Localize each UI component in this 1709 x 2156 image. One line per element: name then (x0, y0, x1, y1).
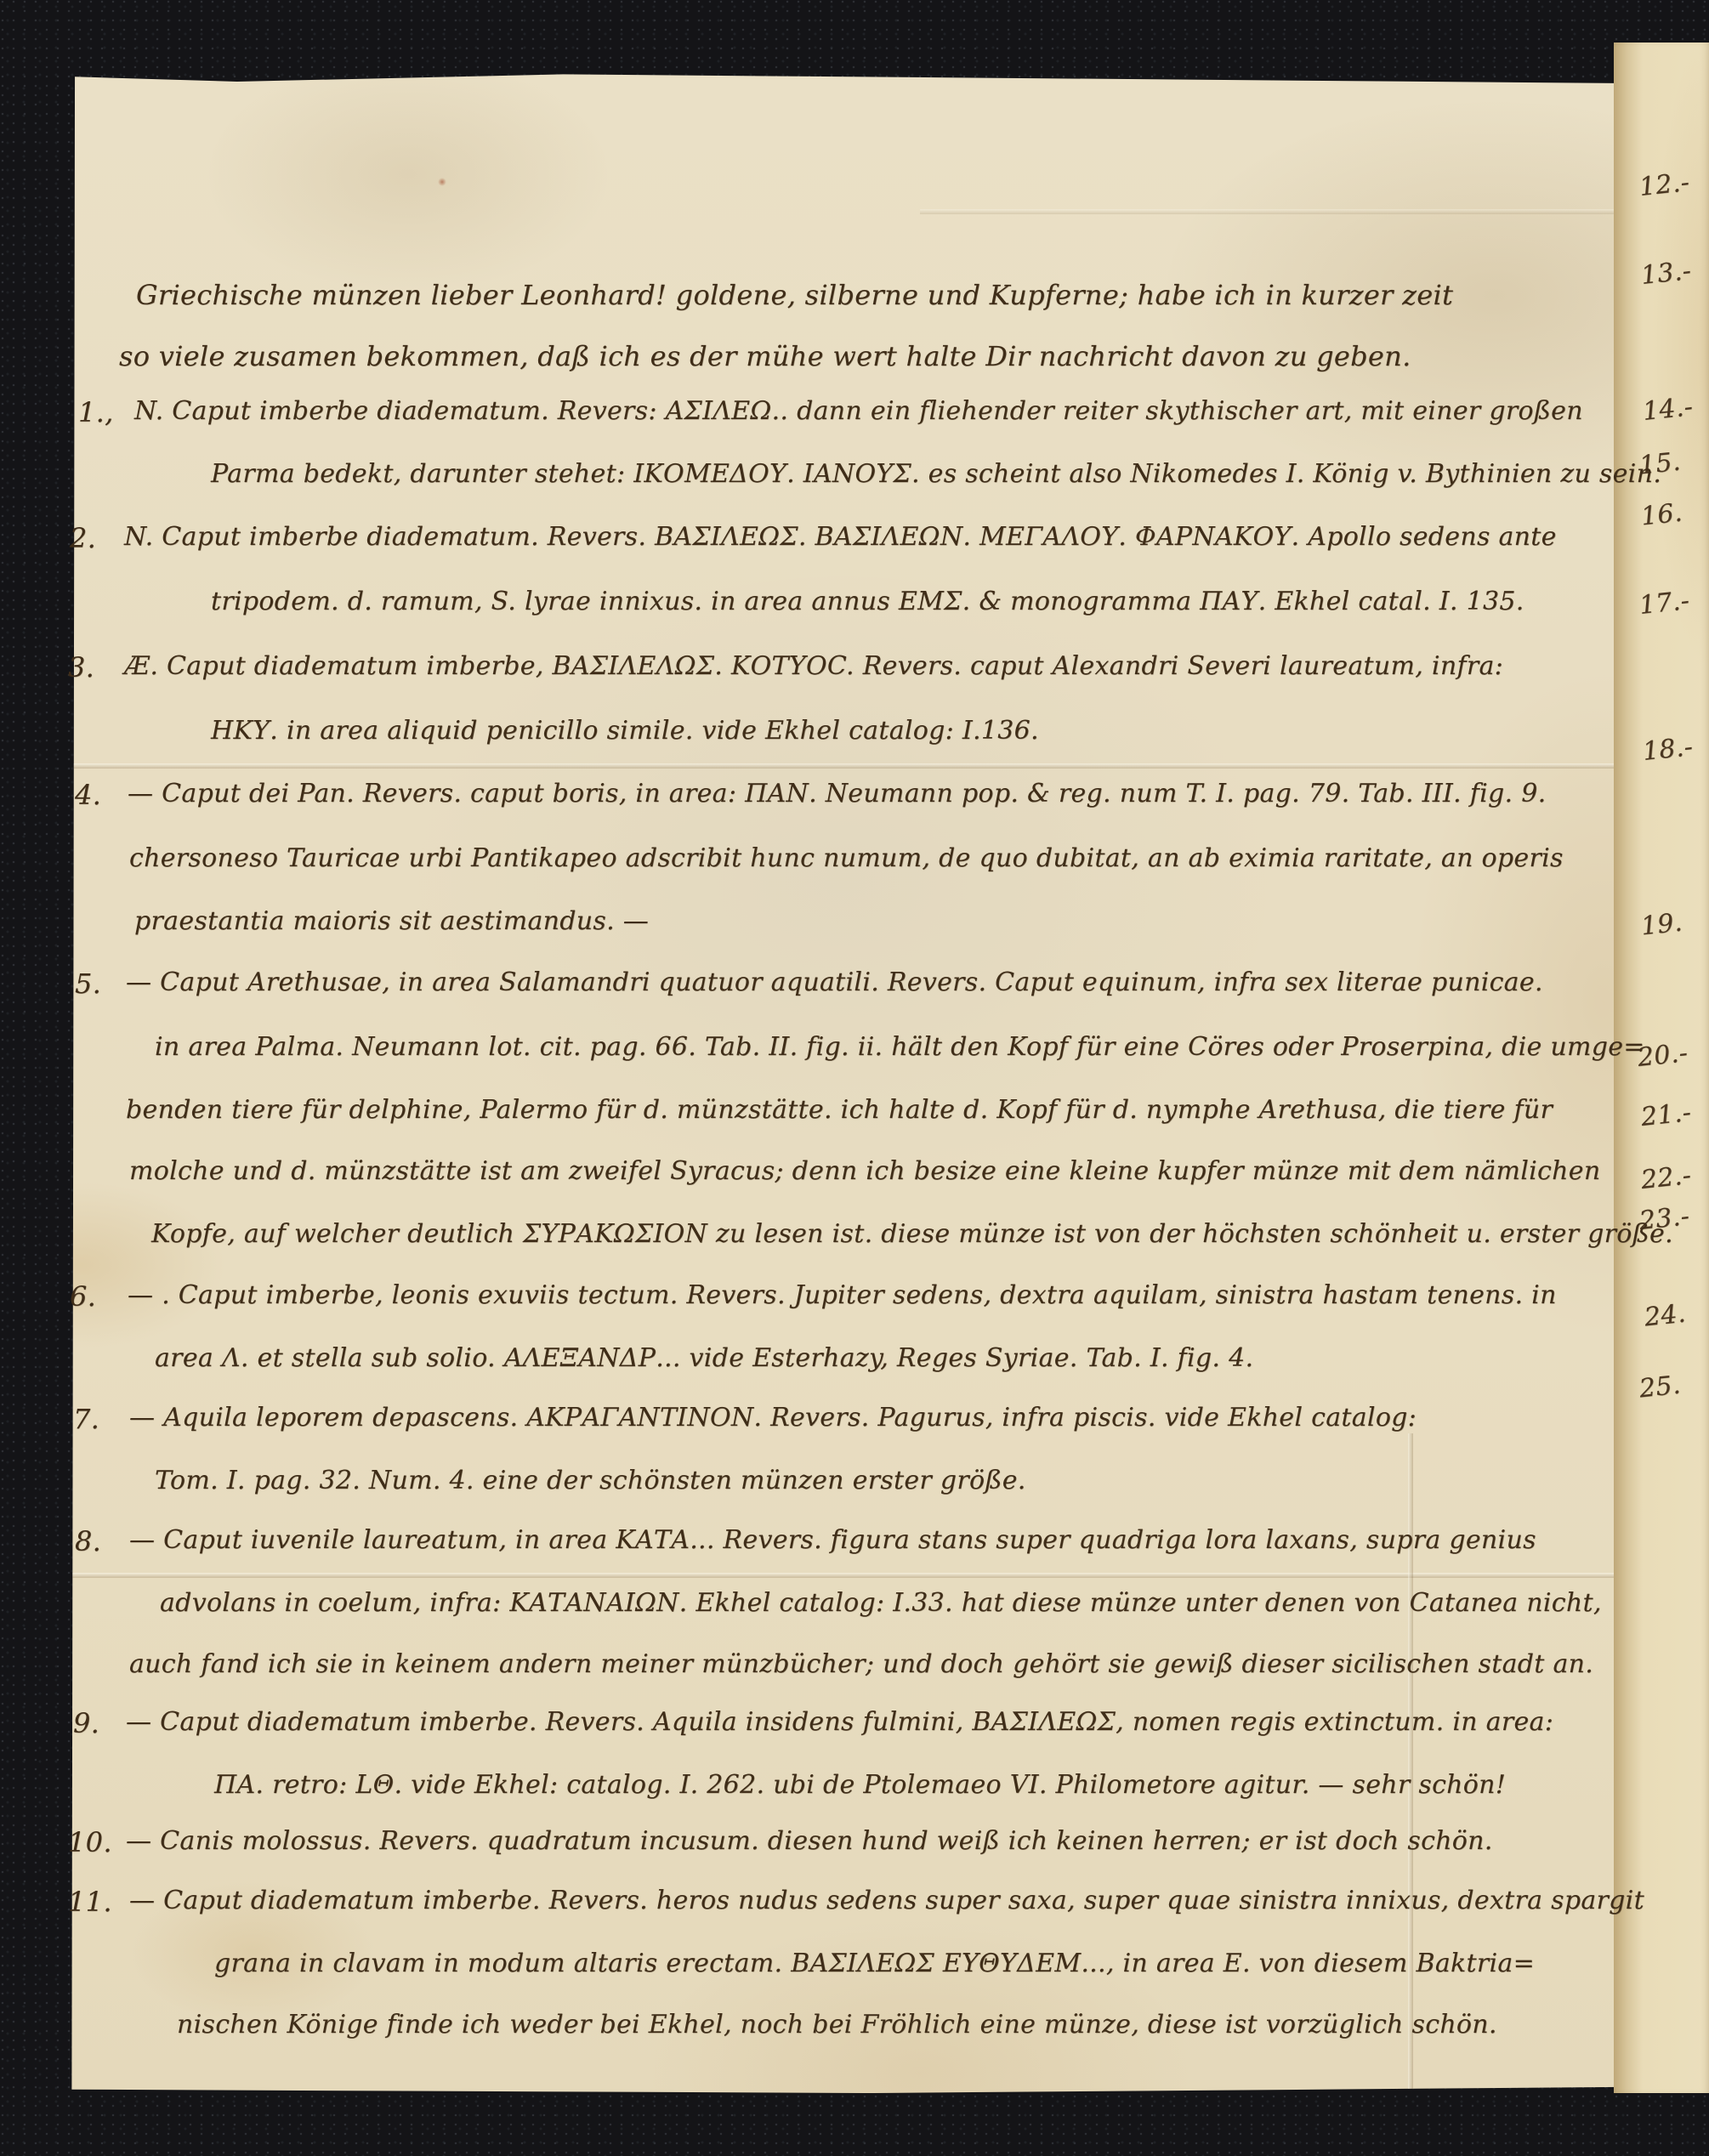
margin-item-number: 24. (1643, 1299, 1687, 1333)
margin-item-number: 19. (1639, 908, 1683, 942)
fold-crease (920, 209, 1619, 214)
item-line: area Λ. et stella sub solio. ΑΛΕΞΑΝΔΡ...… (155, 1343, 1253, 1373)
item-line: Parma bedekt, darunter stehet: ΙΚΟΜΕΔΟΥ.… (211, 459, 1661, 489)
item-line: ΠΑ. retro: LΘ. vide Ekhel: catalog. I. 2… (214, 1770, 1506, 1800)
margin-item-number: 22.- (1639, 1160, 1692, 1195)
item-line: Tom. I. pag. 32. Num. 4. eine der schöns… (155, 1466, 1026, 1495)
item-line: N. Caput imberbe diadematum. Revers. ΒΑΣ… (124, 522, 1557, 552)
margin-item-number: 17.- (1638, 586, 1690, 621)
margin-item-number: 25. (1638, 1370, 1682, 1404)
item-number: 2. (70, 522, 96, 554)
item-line: — Caput dei Pan. Revers. caput boris, in… (128, 779, 1546, 808)
item-line: — Caput diadematum imberbe. Revers. Aqui… (126, 1707, 1553, 1737)
item-line: — Caput diadematum imberbe. Revers. hero… (129, 1886, 1644, 1915)
item-number: 8. (75, 1525, 101, 1557)
item-number: 10. (68, 1826, 112, 1858)
scan-background: 12.- 13.- 14.- 15. 16. 17.- 18.- 19. 20.… (0, 0, 1709, 2156)
item-number: 4. (75, 779, 101, 811)
item-line: auch fand ich sie in keinem andern meine… (129, 1649, 1593, 1679)
item-line: Æ. Caput diadematum imberbe, ΒΑΣΙΛΕΛΩΣ. … (124, 651, 1503, 681)
margin-item-number: 12.- (1638, 167, 1690, 202)
margin-item-number: 16. (1639, 498, 1683, 532)
item-number: 7. (73, 1403, 99, 1435)
item-line: — . Caput imberbe, leonis exuviis tectum… (128, 1280, 1557, 1310)
item-line: chersoneso Tauricae urbi Pantikapeo adsc… (129, 843, 1564, 873)
fold-crease (66, 763, 1619, 769)
margin-item-number: 21.- (1639, 1098, 1692, 1132)
item-line: benden tiere für delphine, Palermo für d… (126, 1095, 1553, 1125)
margin-item-number: 18.- (1641, 732, 1694, 767)
item-line: grana in clavam in modum altaris erectam… (214, 1949, 1535, 1978)
item-line: — Canis molossus. Revers. quadratum incu… (126, 1826, 1493, 1856)
item-number: 6. (70, 1280, 96, 1313)
item-number: 1., (78, 396, 114, 428)
item-line: molche und d. münzstätte ist am zweifel … (129, 1156, 1600, 1186)
item-number: 5. (75, 967, 101, 1000)
item-line: praestantia maioris sit aestimandus. — (134, 906, 649, 936)
item-line: nischen Könige finde ich weder bei Ekhel… (177, 2010, 1497, 2040)
item-line: — Aquila leporem depascens. ΑΚΡΑΓΑΝΤΙΝΟΝ… (129, 1403, 1417, 1433)
intro-line: Griechische münzen lieber Leonhard! gold… (136, 279, 1453, 311)
item-line: tripodem. d. ramum, S. lyrae innixus. in… (211, 587, 1524, 616)
margin-item-number: 13.- (1639, 256, 1692, 291)
intro-line: so viele zusamen bekommen, daß ich es de… (119, 340, 1411, 372)
item-number: 11. (68, 1886, 112, 1918)
fold-crease (66, 1573, 1619, 1578)
item-line: N. Caput imberbe diadematum. Revers: ΑΣΙ… (134, 396, 1583, 426)
item-line: — Caput iuvenile laureatum, in area ΚΑΤΑ… (129, 1525, 1536, 1555)
item-line: Kopfe, auf welcher deutlich ΣΥΡΑΚΩΣΙΟΝ z… (151, 1219, 1673, 1249)
item-number: 3. (68, 651, 94, 684)
item-line: in area Palma. Neumann lot. cit. pag. 66… (155, 1032, 1645, 1062)
item-line: ΗΚΥ. in area aliquid penicillo simile. v… (211, 716, 1039, 746)
margin-item-number: 14.- (1641, 392, 1694, 427)
item-number: 9. (73, 1707, 99, 1739)
item-line: — Caput Arethusae, in area Salamandri qu… (126, 967, 1543, 997)
second-page-edge: 12.- 13.- 14.- 15. 16. 17.- 18.- 19. 20.… (1614, 43, 1709, 2093)
item-line: advolans in coelum, infra: ΚΑΤΑΝΑΙΩΝ. Ek… (160, 1588, 1602, 1618)
